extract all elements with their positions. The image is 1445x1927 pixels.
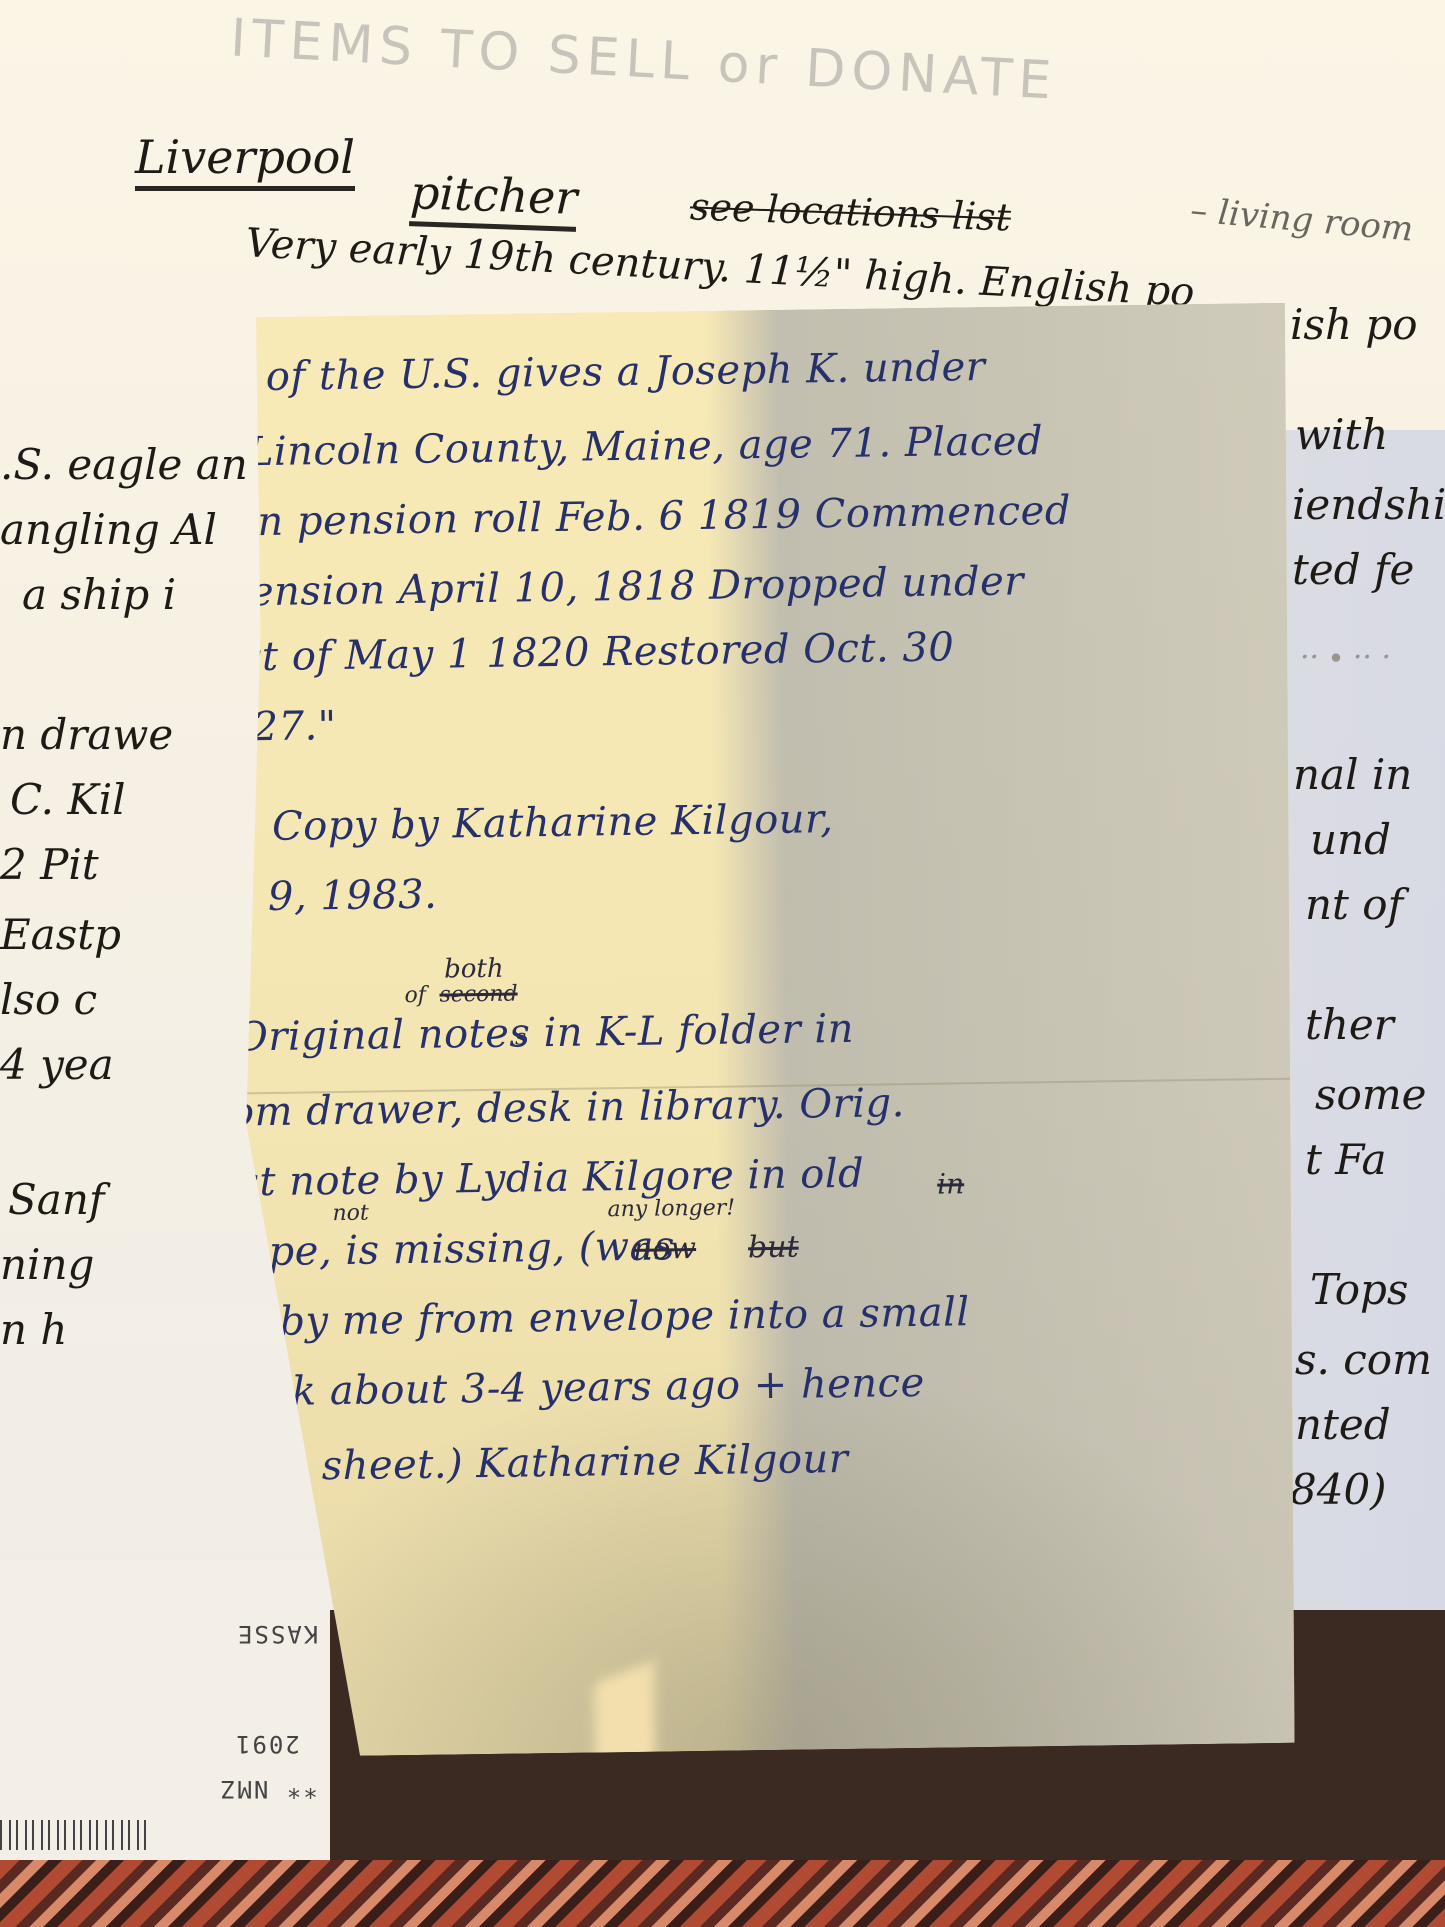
sheet-right-fragment: Tops	[1310, 1265, 1408, 1314]
sheet-left-fragment: 2 Pit	[0, 840, 99, 889]
note-line: act of May 1 1820 Restored Oct. 30	[214, 627, 954, 677]
sheet-right-fragment: iendship	[1292, 480, 1445, 529]
note-line: Original notes in K-L folder in	[235, 1009, 854, 1058]
sheet-right-fragment: s. com	[1295, 1335, 1432, 1384]
note-line: pension April 10, 1818 Dropped under	[224, 561, 1025, 612]
note-insert-not: not	[332, 1201, 369, 1227]
sheet-living-room: – living room	[1189, 190, 1415, 249]
receipt-number: 2091	[234, 1730, 300, 1758]
note-line: of the U.S. gives a Joseph K. under	[266, 347, 986, 397]
sheet-right-fragment: with	[1295, 410, 1388, 459]
note-line: bottom drawer, desk in library. Orig.	[146, 1083, 905, 1134]
note-shadow-bottom	[310, 1353, 1305, 1757]
sheet-right-fragment: nal in	[1293, 750, 1412, 799]
note-struck-but: but	[748, 1230, 799, 1266]
note-line: Lincoln County, Maine, age 71. Placed	[247, 421, 1044, 472]
note-line: on pension roll Feb. 6 1819 Commenced	[233, 491, 1072, 543]
sheet-right-fragment: ted fe	[1292, 545, 1414, 594]
receipt: KASSE 2091 ** NMZ	[0, 1560, 330, 1880]
sheet-left-fragment: lso c	[0, 975, 97, 1024]
sheet-right-fragment: 840)	[1290, 1465, 1387, 1514]
sheet-left-fragment: angling Al	[0, 505, 217, 554]
sheet-right-fragment: nt of	[1305, 880, 1403, 929]
sheet-right-fragment: some	[1315, 1070, 1427, 1119]
receipt-nmz: ** NMZ	[219, 1775, 318, 1803]
sheet-left-fragment: Sanf	[8, 1175, 104, 1224]
receipt-kasse: KASSE	[236, 1620, 318, 1648]
sheet-heading-liverpool: Liverpool	[135, 130, 355, 191]
receipt-barcode	[0, 1820, 150, 1850]
note-struck-second: second	[439, 982, 517, 1008]
sheet-left-fragment: n h	[0, 1305, 67, 1354]
sheet-left-fragment: ning	[0, 1240, 94, 1289]
note-struck-now: now	[633, 1231, 697, 1267]
sheet-faint-fragment: ·· ∙ ·· ·	[1300, 640, 1391, 675]
note-insert-any-longer: any longer!	[607, 1196, 735, 1223]
note-copy-by: Copy by Katharine Kilgour,	[272, 799, 834, 847]
sheet-faint-header: ITEMS TO SELL or DONATE	[229, 8, 1059, 111]
note-insert-of: of	[404, 983, 426, 1008]
sheet-heading-pitcher: pitcher	[409, 165, 578, 232]
sheet-right-fragment: nted	[1295, 1400, 1391, 1449]
note-insert-both: both	[444, 954, 504, 985]
sheet-left-fragment: 4 yea	[0, 1040, 114, 1089]
rug	[0, 1860, 1445, 1927]
sheet-description-line: Very early 19th century. 11½" high. Engl…	[244, 220, 1195, 316]
sheet-right-fragment: ther	[1305, 1000, 1394, 1049]
sheet-see-locations: see locations list	[689, 184, 1011, 239]
sheet-left-fragment: Eastp	[0, 910, 121, 959]
sheet-right-fragment: und	[1310, 815, 1391, 864]
sheet-left-fragment: C. Kil	[10, 775, 126, 824]
note-light-reflection	[594, 1661, 655, 1804]
sheet-left-fragment: .S. eagle an	[0, 440, 248, 489]
sheet-left-fragment: a ship i	[22, 570, 176, 619]
sheet-right-fragment: t Fa	[1305, 1135, 1387, 1184]
note-struck-in: in	[937, 1167, 964, 1200]
sheet-left-fragment: n drawe	[0, 710, 173, 759]
sheet-right-fragment: ish po	[1290, 300, 1418, 349]
handwritten-note: of the U.S. gives a Joseph K. under Linc…	[235, 303, 1305, 1758]
